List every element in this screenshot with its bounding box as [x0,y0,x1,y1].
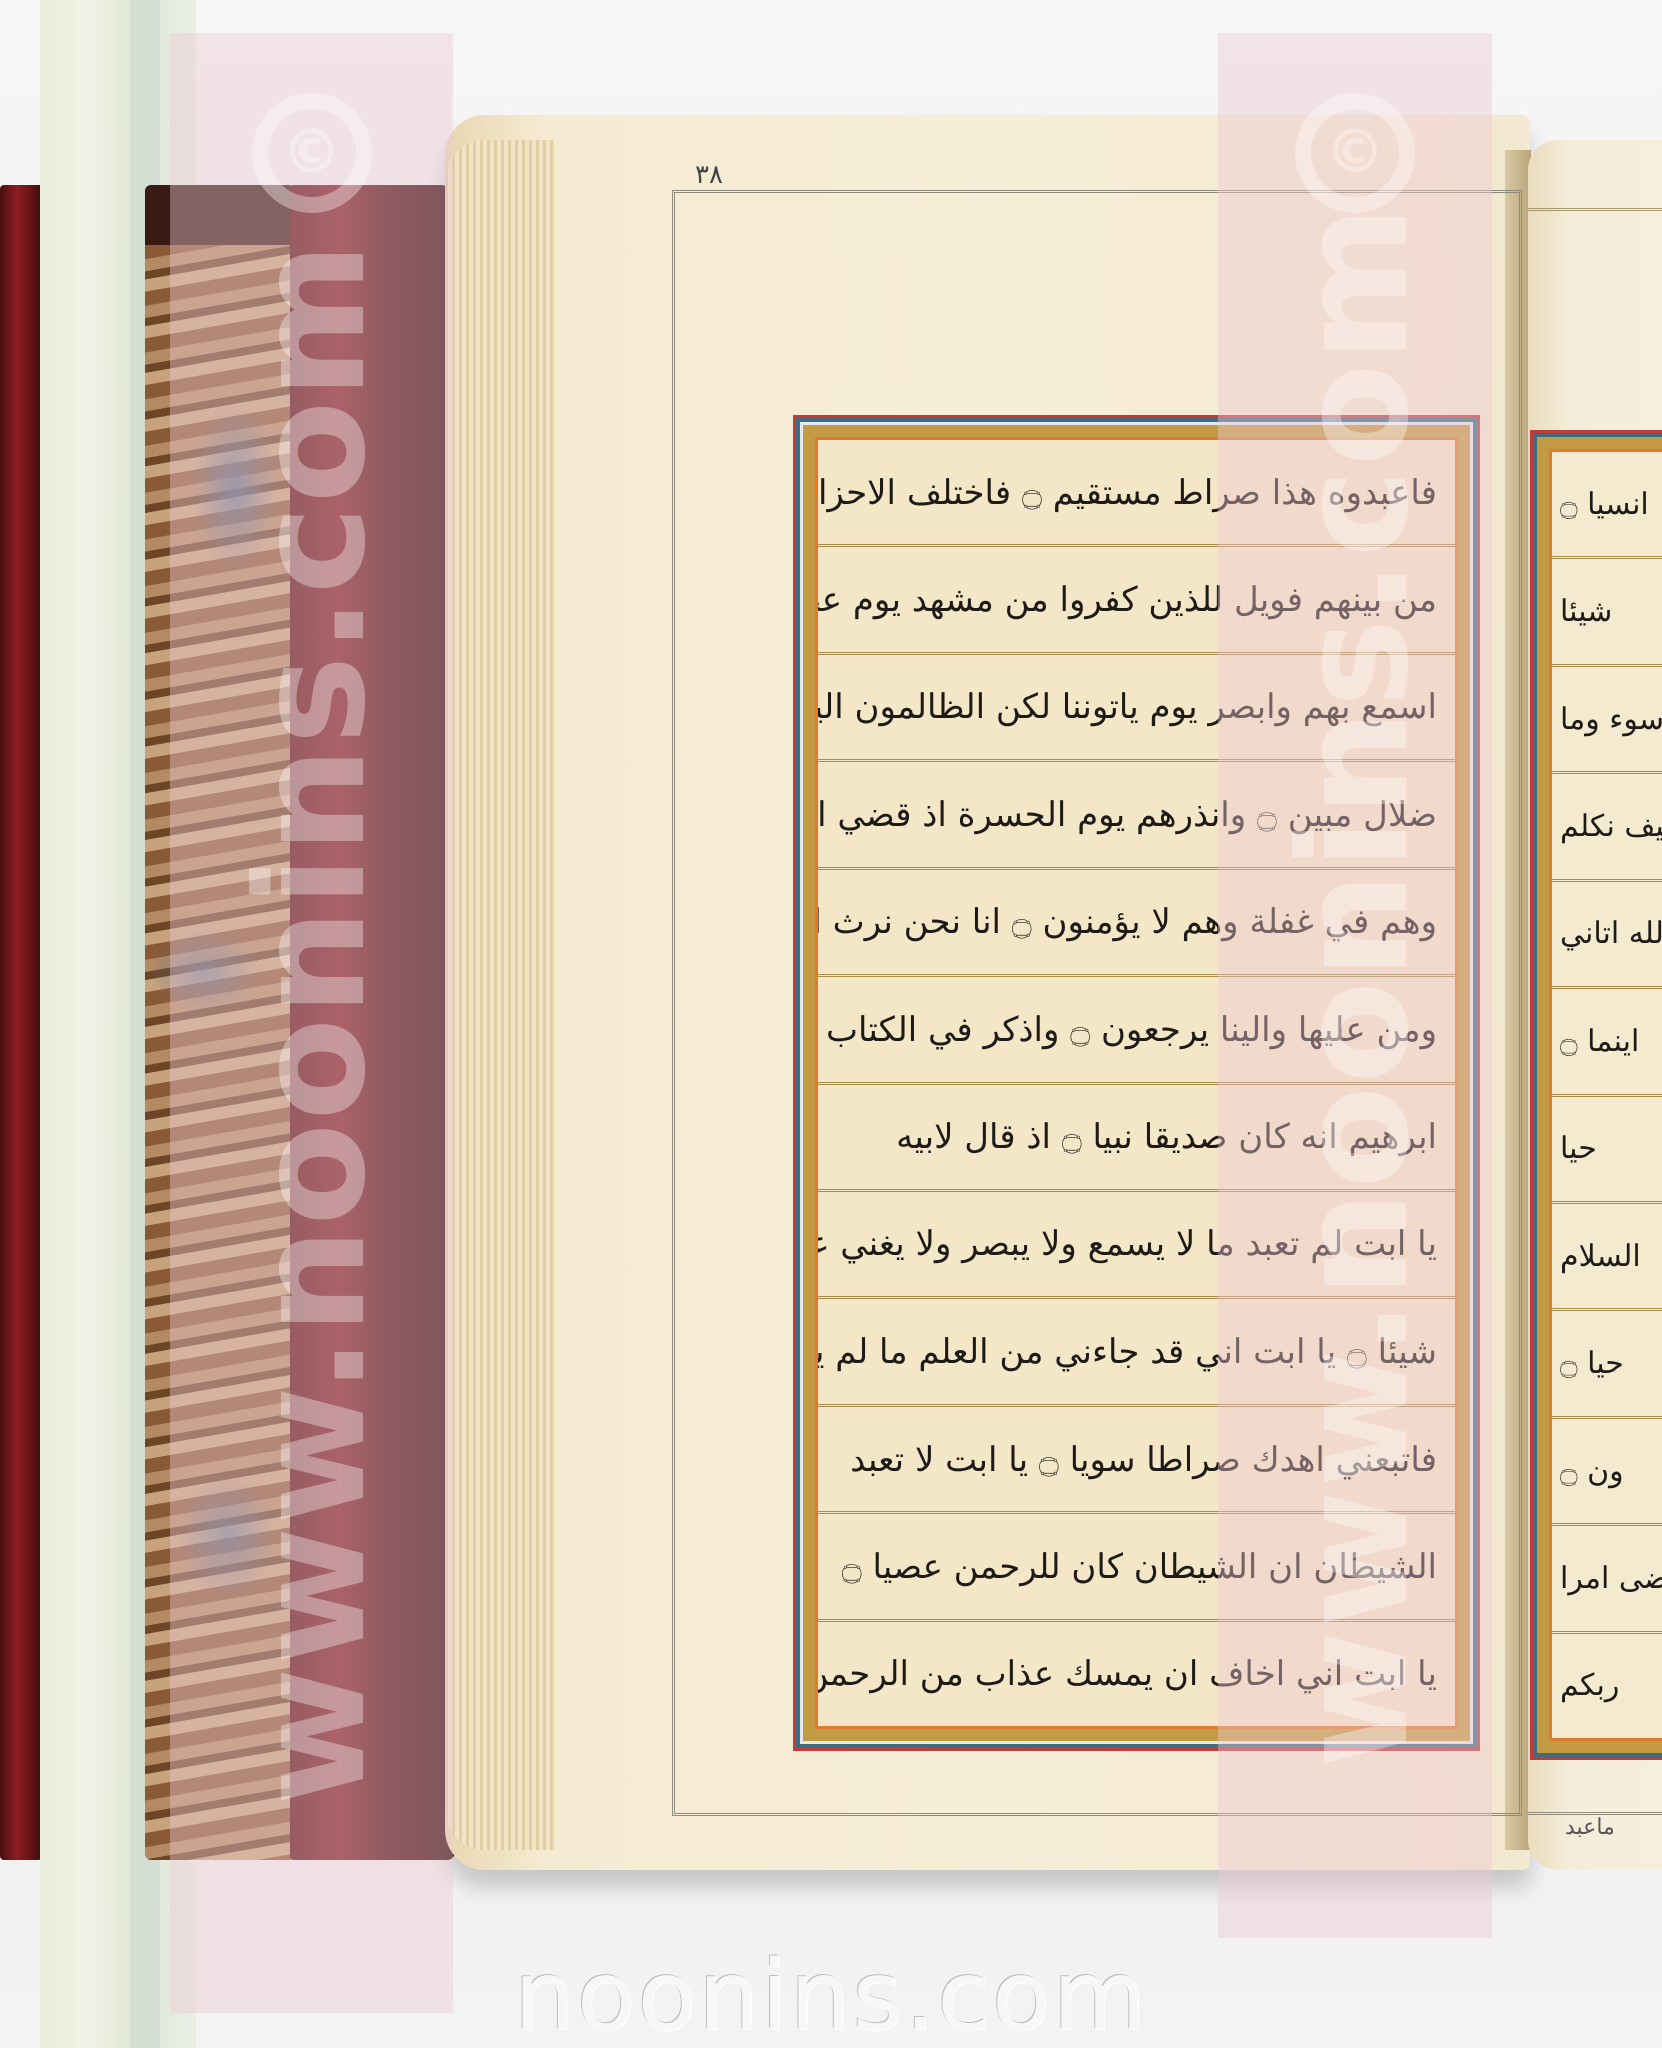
right-text-line: حيا ۝ [1552,1311,1662,1418]
footer-watermark: noonins.com [0,1940,1662,2048]
right-gold-border: انسيا ۝ شيئا سوء وما كيف نكلم عبد الله ا… [1537,437,1662,1753]
right-text-line: كيف نكلم [1552,774,1662,881]
right-page-top-rule [1528,208,1662,211]
right-text-line: ون ۝ [1552,1419,1662,1526]
right-text-line: انسيا ۝ [1552,452,1662,559]
right-text-line: اينما ۝ [1552,989,1662,1096]
watermark-vertical-text: www.noonins.com [225,240,399,1806]
copyright-icon: © [252,93,372,213]
page-fore-edges [445,140,555,1850]
copyright-icon: © [1295,93,1415,213]
right-text-line: اقضى امرا [1552,1526,1662,1633]
right-text-line: سوء وما [1552,667,1662,774]
right-text-block: انسيا ۝ شيئا سوء وما كيف نكلم عبد الله ا… [1549,449,1662,1741]
right-text-line: ربكم [1552,1634,1662,1738]
right-text-line: حيا [1552,1097,1662,1204]
right-text-line: السلام [1552,1204,1662,1311]
right-text-line: عبد الله اتاني [1552,882,1662,989]
watermark-strip-left: © www.noonins.com [170,33,453,2013]
right-illuminated-frame: انسيا ۝ شيئا سوء وما كيف نكلم عبد الله ا… [1530,430,1662,1760]
watermark-strip-right: © www.noonins.com [1218,33,1492,1938]
red-leather-book-cover [0,185,42,1860]
watermark-vertical-text: www.noonins.com [1268,203,1442,1769]
page-number: ٣٨ [695,160,723,190]
catchword: ماعبد [1565,1815,1615,1840]
right-text-line: شيئا [1552,559,1662,666]
